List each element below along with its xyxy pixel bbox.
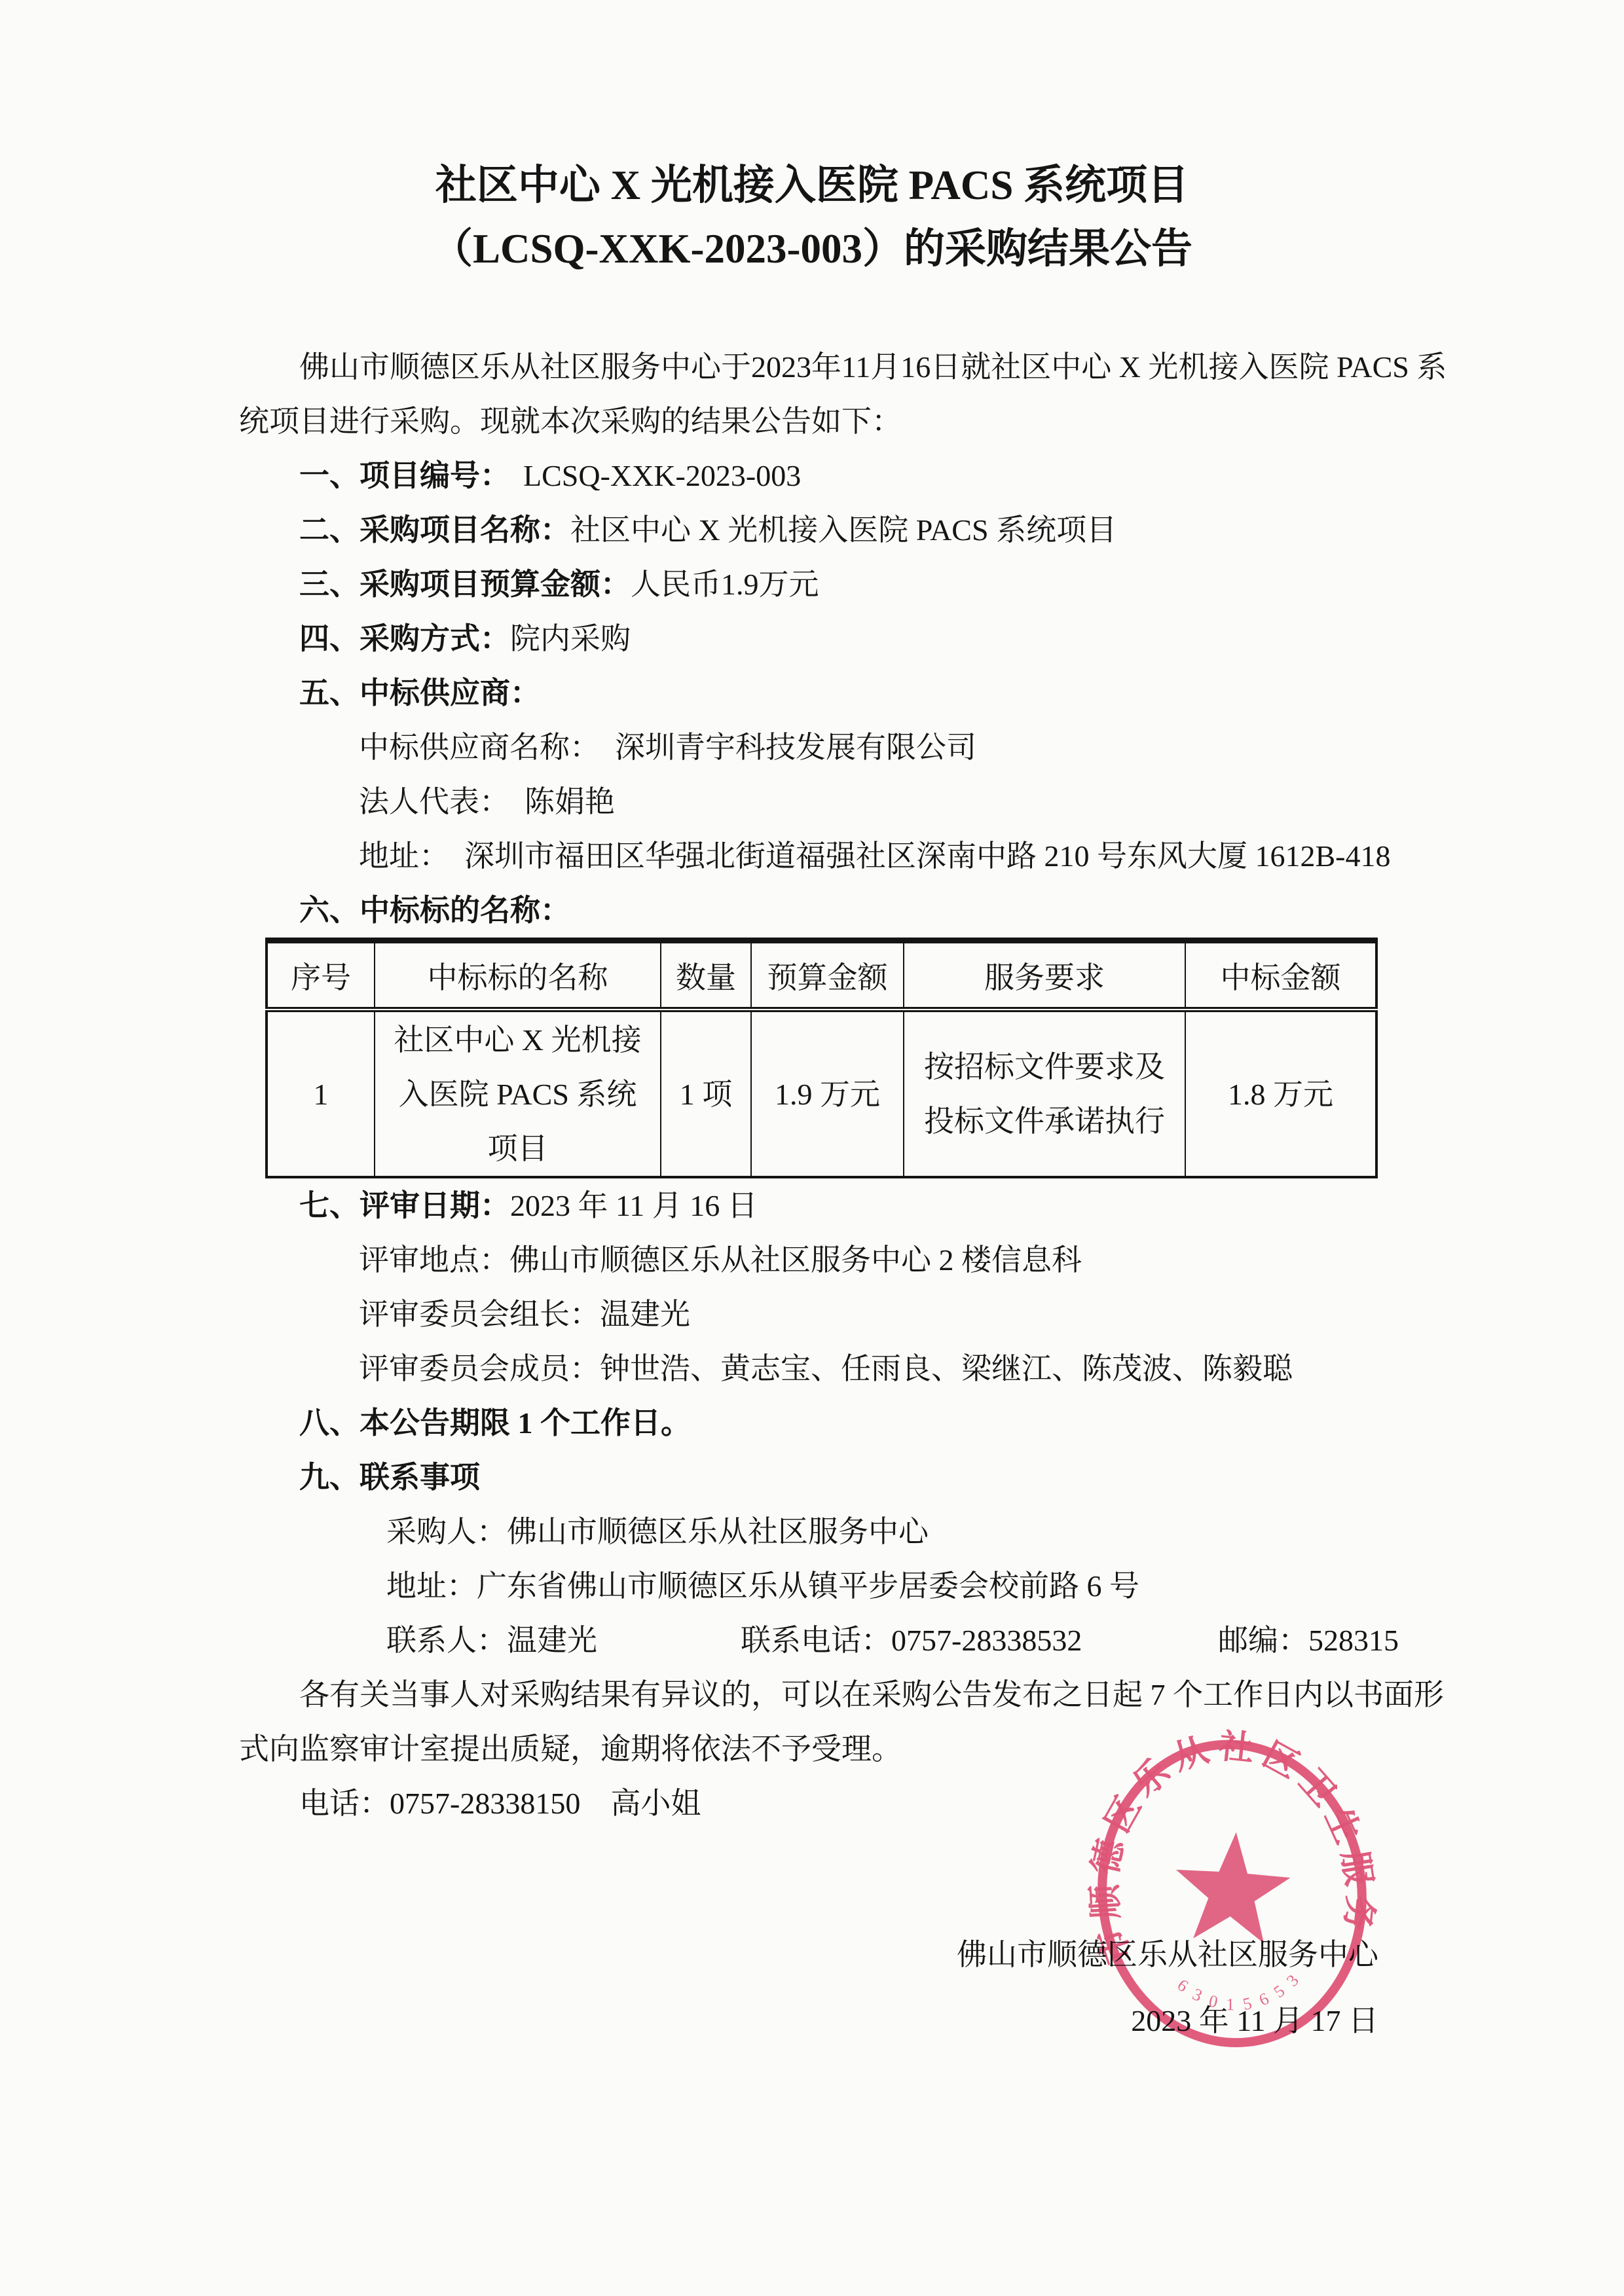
item-winning-supplier: 五、中标供应商： (239, 666, 1385, 720)
intro-paragraph: 佛山市顺德区乐从社区服务中心于2023年11月16日就社区中心 X 光机接入医院… (239, 340, 1385, 448)
supplier-address-line: 地址： 深圳市福田区华强北街道福强社区深南中路 210 号东风大厦 1612B-… (239, 829, 1385, 883)
item-2-label: 二、采购项目名称： (299, 513, 570, 547)
item-1-label: 一、项目编号： (299, 459, 510, 492)
item-project-name: 二、采购项目名称：社区中心 X 光机接入医院 PACS 系统项目 (239, 503, 1385, 557)
title-line-2: （LCSQ-XXK-2023-003）的采购结果公告 (239, 217, 1385, 281)
stamp-serial-number: 63015653 (1172, 1962, 1312, 2021)
item-2-value: 社区中心 X 光机接入医院 PACS 系统项目 (570, 513, 1116, 547)
bid-result-table: 序号 中标标的名称 数量 预算金额 服务要求 中标金额 1 社区中心 X 光机接… (265, 938, 1378, 1178)
contact-phone: 联系电话：0757-28338532 (741, 1613, 1082, 1667)
item-bid-subject: 六、中标标的名称： (239, 883, 1385, 938)
item-7-value: 2023 年 11 月 16 日 (510, 1189, 758, 1222)
cell-budget: 1.9 万元 (751, 1010, 904, 1177)
objection-line-1: 各有关当事人对采购结果有异议的，可以在采购公告发布之日起 7 个工作日内以书面形 (239, 1667, 1385, 1722)
stamp-graphics: 佛山市顺德区乐从社区卫生服务中心 63015653 (1072, 1715, 1393, 2059)
title-line-1: 社区中心 X 光机接入医院 PACS 系统项目 (239, 154, 1385, 217)
table-row: 1 社区中心 X 光机接入医院 PACS 系统项目 1 项 1.9 万元 按招标… (267, 1010, 1376, 1177)
document-title: 社区中心 X 光机接入医院 PACS 系统项目 （LCSQ-XXK-2023-0… (239, 154, 1385, 281)
cell-qty: 1 项 (661, 1010, 751, 1177)
item-3-value: 人民币1.9万元 (631, 568, 819, 601)
item-7-label: 七、评审日期： (299, 1189, 510, 1222)
contact-row: 联系人：温建光 联系电话：0757-28338532 邮编：528315 (239, 1613, 1385, 1667)
item-6-label: 六、中标标的名称： (299, 894, 570, 927)
official-stamp: 佛山市顺德区乐从社区卫生服务中心 63015653 (1072, 1715, 1397, 2078)
col-header-service: 服务要求 (904, 941, 1185, 1010)
intro-line-2: 统项目进行采购。现就本次采购的结果公告如下： (239, 394, 1385, 448)
col-header-budget: 预算金额 (751, 941, 904, 1010)
col-header-name: 中标标的名称 (375, 941, 661, 1010)
contact-person: 联系人：温建光 (386, 1613, 597, 1667)
legal-representative-line: 法人代表： 陈娟艳 (239, 774, 1385, 829)
item-method: 四、采购方式：院内采购 (239, 611, 1385, 666)
review-place-line: 评审地点：佛山市顺德区乐从社区服务中心 2 楼信息科 (239, 1233, 1385, 1287)
item-notice-period: 八、本公告期限 1 个工作日。 (239, 1396, 1385, 1450)
item-5-label: 五、中标供应商： (299, 676, 540, 710)
col-header-amount: 中标金额 (1185, 941, 1376, 1010)
item-review-date: 七、评审日期：2023 年 11 月 16 日 (239, 1178, 1385, 1233)
cell-name: 社区中心 X 光机接入医院 PACS 系统项目 (375, 1010, 661, 1177)
supplier-name-line: 中标供应商名称： 深圳青宇科技发展有限公司 (239, 720, 1385, 774)
scanned-document-page: { "title": { "line1": "社区中心 X 光机接入医院 PAC… (0, 0, 1624, 2296)
item-4-value: 院内采购 (510, 622, 631, 655)
purchaser-line: 采购人：佛山市顺德区乐从社区服务中心 (239, 1504, 1385, 1559)
document-content: 社区中心 X 光机接入医院 PACS 系统项目 （LCSQ-XXK-2023-0… (0, 0, 1624, 2048)
item-1-value: LCSQ-XXK-2023-003 (523, 459, 801, 492)
cell-service: 按招标文件要求及投标文件承诺执行 (904, 1010, 1185, 1177)
postal-code: 邮编：528315 (1218, 1613, 1399, 1667)
review-committee-leader-line: 评审委员会组长：温建光 (239, 1287, 1385, 1341)
purchaser-address-line: 地址：广东省佛山市顺德区乐从镇平步居委会校前路 6 号 (239, 1559, 1385, 1613)
item-budget: 三、采购项目预算金额：人民币1.9万元 (239, 557, 1385, 611)
item-4-label: 四、采购方式： (299, 622, 510, 655)
table-header-row: 序号 中标标的名称 数量 预算金额 服务要求 中标金额 (267, 941, 1376, 1010)
cell-index: 1 (267, 1010, 375, 1177)
cell-amount: 1.8 万元 (1185, 1010, 1376, 1177)
intro-line-1: 佛山市顺德区乐从社区服务中心于2023年11月16日就社区中心 X 光机接入医院… (239, 340, 1385, 394)
item-project-number: 一、项目编号：LCSQ-XXK-2023-003 (239, 448, 1385, 503)
stamp-star-icon (1172, 1828, 1293, 1944)
item-3-label: 三、采购项目预算金额： (299, 568, 631, 601)
stamp-arc-text: 佛山市顺德区乐从社区卫生服务中心 (1072, 1715, 1384, 1971)
review-committee-members-line: 评审委员会成员：钟世浩、黄志宝、任雨良、梁继江、陈茂波、陈毅聪 (239, 1341, 1385, 1396)
item-contact-section: 九、联系事项 (239, 1450, 1385, 1504)
col-header-index: 序号 (267, 941, 375, 1010)
col-header-qty: 数量 (661, 941, 751, 1010)
